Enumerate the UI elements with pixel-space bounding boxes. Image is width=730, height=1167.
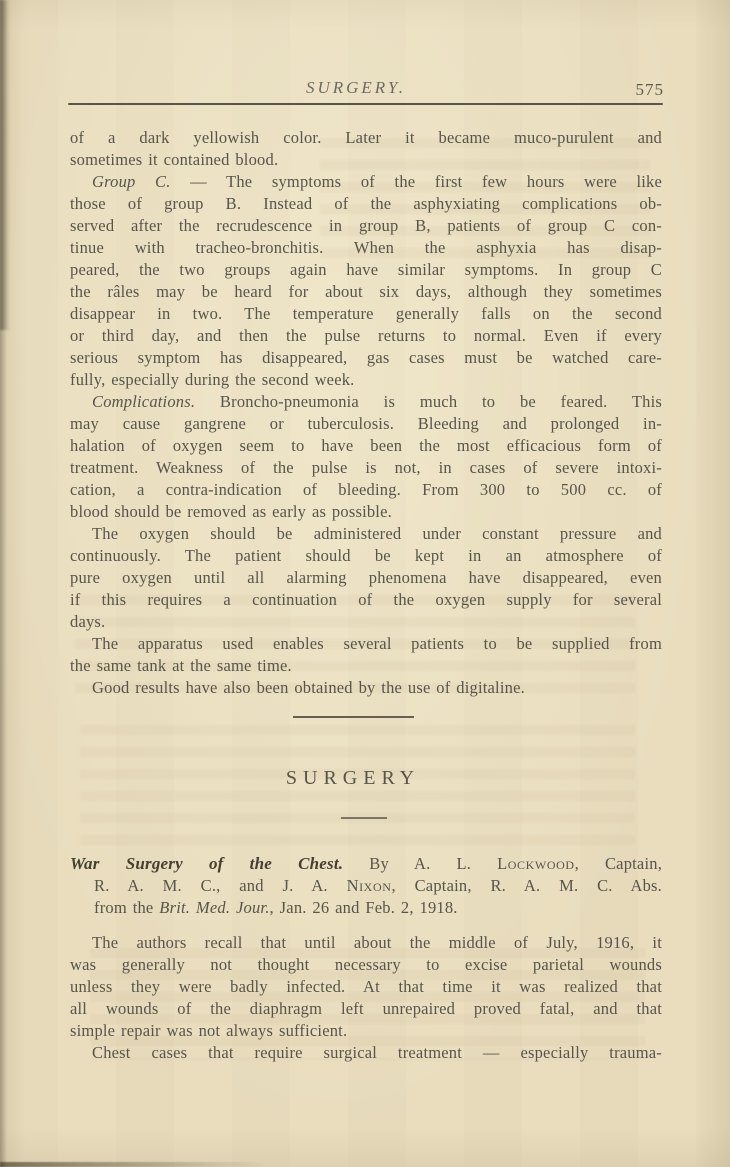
text-line: may cause gangrene or tuberculosis. Blee… (70, 413, 662, 435)
text-line: halation of oxygen seem to have been the… (70, 435, 662, 457)
article-body-continued: of a dark yellowish color. Later it beca… (70, 127, 662, 699)
paragraph-lead-italic: Complications. (92, 392, 195, 411)
author-title: , Captain, R. A. M. C. Abs. (391, 876, 662, 895)
text-line: peared, the two groups again have simila… (70, 259, 662, 281)
running-head: SURGERY. (70, 78, 662, 98)
page-number: 575 (636, 80, 665, 100)
section-heading-text: SURGERY (286, 767, 420, 789)
article-title: War Surgery of the Chest. (70, 854, 343, 873)
text-line: those of group B. Instead of the asphyxi… (70, 193, 662, 215)
text-line: blood should be removed as early as poss… (70, 501, 662, 523)
text-line: Complications. Broncho-pneumonia is much… (70, 391, 662, 413)
text-line: all wounds of the diaphragm left unrepai… (70, 998, 662, 1020)
text-line: days. (70, 611, 662, 633)
section-divider-rule (293, 716, 414, 718)
text-line: the same tank at the same time. (70, 655, 662, 677)
paragraph-lead-rest: Broncho-pneumonia is much to be feared. … (220, 392, 662, 411)
article-heading-line: R. A. M. C., and J. A. Nixon, Captain, R… (94, 875, 662, 897)
section-heading: SURGERY (70, 767, 662, 790)
text-line: pure oxygen until all alarming phenomena… (70, 567, 662, 589)
text-line: The apparatus used enables several patie… (70, 633, 662, 655)
source-prefix: from the (94, 898, 153, 917)
text-line: treatment. Weakness of the pulse is not,… (70, 457, 662, 479)
paragraph-lead-italic: Group C. (92, 172, 171, 191)
page-bleedthrough (80, 725, 635, 855)
text-line: if this requires a continuation of the o… (70, 589, 662, 611)
text-line: The oxygen should be administered under … (70, 523, 662, 545)
text-line: unless they were badly infected. At that… (70, 976, 662, 998)
article-heading: War Surgery of the Chest. By A. L. Lockw… (70, 853, 662, 919)
text-line: serious symptom has disappeared, gas cas… (70, 347, 662, 369)
header-rule (68, 103, 663, 105)
paragraph-lead-rest: — The symptoms of the first few hours we… (190, 172, 662, 191)
text-line: of a dark yellowish color. Later it beca… (70, 127, 662, 149)
article-body: The authors recall that until about the … (70, 932, 662, 1064)
text-line: Group C. — The symptoms of the first few… (70, 171, 662, 193)
author-name: Nixon (347, 876, 392, 895)
article-heading-line: War Surgery of the Chest. By A. L. Lockw… (70, 853, 662, 875)
author-affiliation: R. A. M. C., and J. A. (94, 876, 328, 895)
article-byline: By A. L. (369, 854, 471, 873)
section-subdivider-rule (341, 817, 387, 819)
text-line: served after the recrudescence in group … (70, 215, 662, 237)
author-name: Lockwood (497, 854, 575, 873)
text-line: tinue with tracheo-bronchitis. When the … (70, 237, 662, 259)
scan-edge-shadow-top-left (0, 0, 10, 330)
source-date: , Jan. 26 and Feb. 2, 1918. (270, 898, 458, 917)
text-line: Chest cases that require surgical treatm… (70, 1042, 662, 1064)
journal-name: Brit. Med. Jour. (159, 898, 269, 917)
text-line: Good results have also been obtained by … (70, 677, 662, 699)
text-line: continuously. The patient should be kept… (70, 545, 662, 567)
text-line: fully, especially during the second week… (70, 369, 662, 391)
text-line: simple repair was not always sufficient. (70, 1020, 662, 1042)
text-line: sometimes it contained blood. (70, 149, 662, 171)
article-heading-line: from the Brit. Med. Jour., Jan. 26 and F… (94, 897, 662, 919)
scan-edge-shadow-bottom (0, 1162, 265, 1167)
text-line: or third day, and then the pulse returns… (70, 325, 662, 347)
author-title: , Captain, (575, 854, 662, 873)
scanned-page: SURGERY. 575 of a dark yellowish color. … (0, 0, 730, 1167)
text-line: was generally not thought necessary to e… (70, 954, 662, 976)
running-head-title: SURGERY. (306, 78, 406, 97)
text-line: disappear in two. The temperature genera… (70, 303, 662, 325)
text-line: the râles may be heard for about six day… (70, 281, 662, 303)
text-line: cation, a contra-indication of bleeding.… (70, 479, 662, 501)
text-line: The authors recall that until about the … (70, 932, 662, 954)
